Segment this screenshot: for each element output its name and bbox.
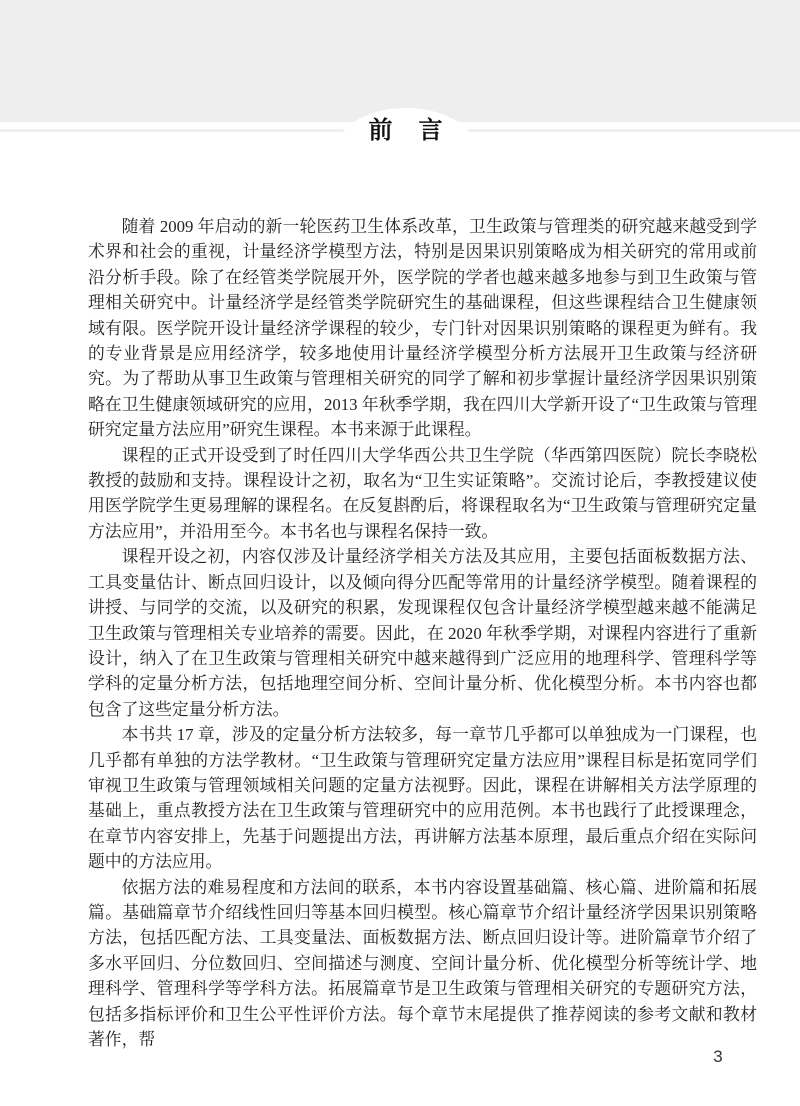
page-title: 前 言 — [316, 117, 496, 145]
preface-paragraph: 课程开设之初，内容仅涉及计量经济学相关方法及其应用，主要包括面板数据方法、工具变… — [88, 544, 757, 722]
preface-paragraph: 随着 2009 年启动的新一轮医药卫生体系改革，卫生政策与管理类的研究越来越受到… — [88, 214, 757, 443]
header-band — [0, 0, 800, 122]
page-number: 3 — [706, 1047, 730, 1067]
preface-paragraph: 本书共 17 章，涉及的定量分析方法较多，每一章节几乎都可以单独成为一门课程，也… — [88, 722, 757, 874]
preface-paragraph: 课程的正式开设受到了时任四川大学华西公共卫生学院（华西第四医院）院长李晓松教授的… — [88, 443, 757, 545]
preface-paragraph: 依据方法的难易程度和方法间的联系，本书内容设置基础篇、核心篇、进阶篇和拓展篇。基… — [88, 875, 757, 1053]
preface-content: 随着 2009 年启动的新一轮医药卫生体系改革，卫生政策与管理类的研究越来越受到… — [88, 214, 757, 1052]
